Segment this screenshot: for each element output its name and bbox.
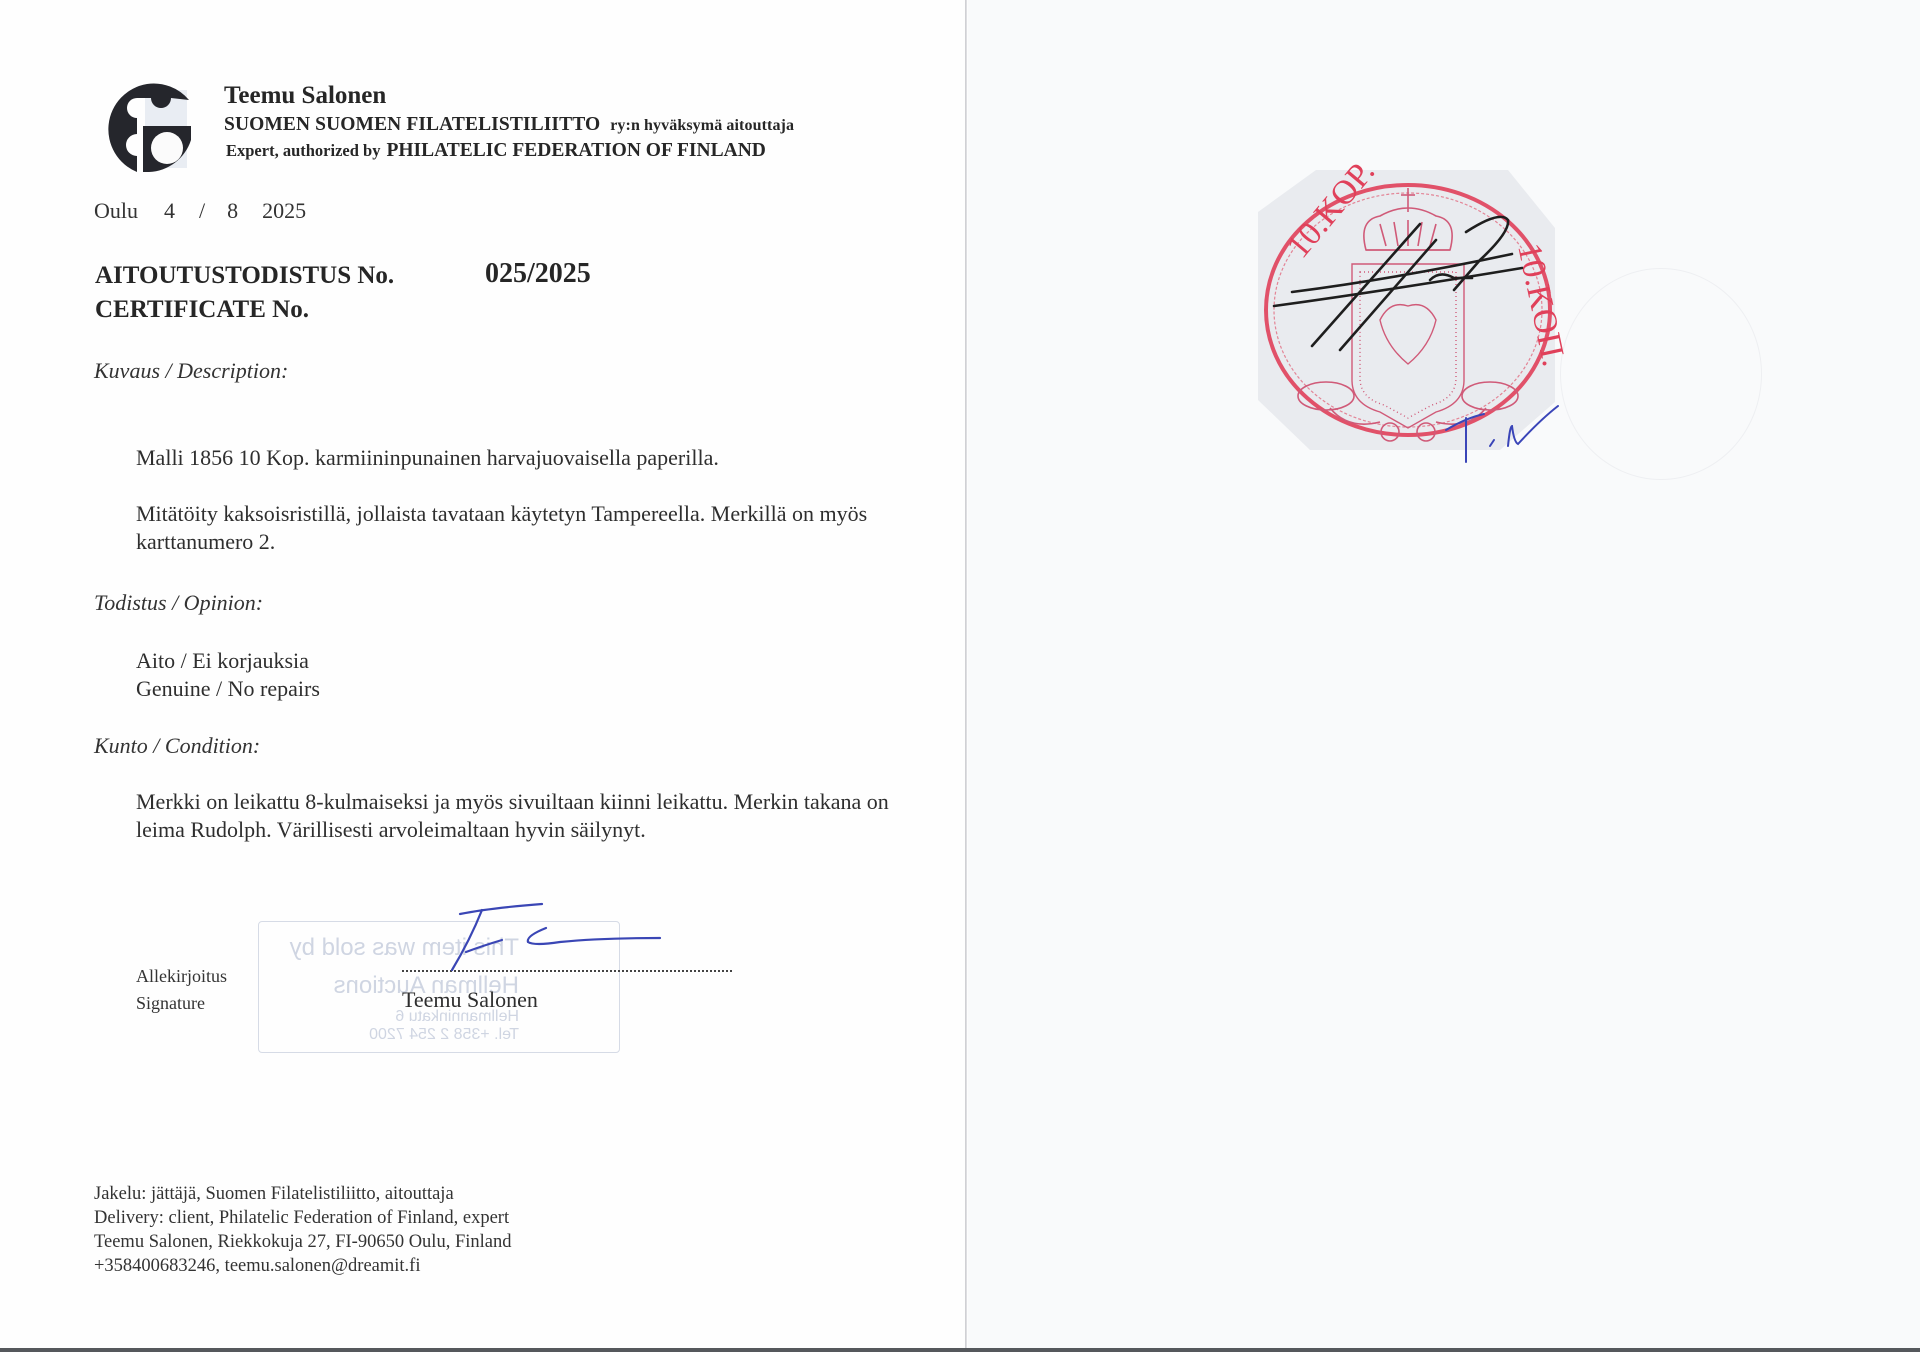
description-paragraph-1: Malli 1856 10 Kop. karmiininpunainen har… [136,444,936,472]
signature-label-en: Signature [136,993,205,1014]
handwritten-signature [430,900,670,990]
footer-contact: +358400683246, teemu.salonen@dreamit.fi [94,1254,511,1278]
date-year: 2025 [262,198,306,224]
signature-label-fi: Allekirjoitus [136,966,227,987]
distribution-footer: Jakelu: jättäjä, Suomen Filatelistiliitt… [94,1182,511,1278]
opinion-title: Todistus / Opinion: [94,590,263,616]
scan-edge [0,1348,1920,1352]
opinion-en: Genuine / No repairs [136,675,936,703]
authorization-fi: ry:n hyväksymä aitouttaja [610,117,794,134]
federation-logo-icon [97,80,197,174]
condition-title: Kunto / Condition: [94,733,260,759]
footer-address: Teemu Salonen, Riekkokuja 27, FI-90650 O… [94,1230,511,1254]
condition-text: Merkki on leikattu 8-kulmaiseksi ja myös… [136,788,926,844]
federation-name-fi: SUOMEN SUOMEN FILATELISTILIITTO [224,114,600,135]
date-city: Oulu [94,198,138,224]
federation-name-en: PHILATELIC FEDERATION OF FINLAND [386,140,765,161]
description-paragraph-2: Mitätöity kaksoisristillä, jollaista tav… [136,500,926,556]
postage-stamp-1856-10-kop: 10.KOP. 10.KOП. [1240,150,1620,480]
authorization-en: Expert, authorized by [226,141,380,160]
certificate-label-fi: AITOUTUSTODISTUS No. [95,262,394,290]
signer-name: Teemu Salonen [402,987,538,1013]
date-month: 8 [227,198,238,224]
certificate-number: 025/2025 [485,258,591,290]
certificate-label-en: CERTIFICATE No. [95,296,309,324]
federation-line-en: Expert, authorized byPHILATELIC FEDERATI… [226,140,766,162]
footer-distribution-fi: Jakelu: jättäjä, Suomen Filatelistiliitt… [94,1182,511,1206]
description-title: Kuvaus / Description: [94,358,288,384]
date-day: 4 [164,198,175,224]
federation-line-fi: SUOMEN SUOMEN FILATELISTILIITTOry:n hyvä… [224,114,794,136]
footer-distribution-en: Delivery: client, Philatelic Federation … [94,1206,511,1230]
opinion-fi: Aito / Ei korjauksia [136,647,936,675]
issue-date: Oulu4/82025 [94,198,306,224]
page-fold [965,0,967,1352]
date-separator: / [199,198,205,224]
expert-name: Teemu Salonen [224,82,386,110]
